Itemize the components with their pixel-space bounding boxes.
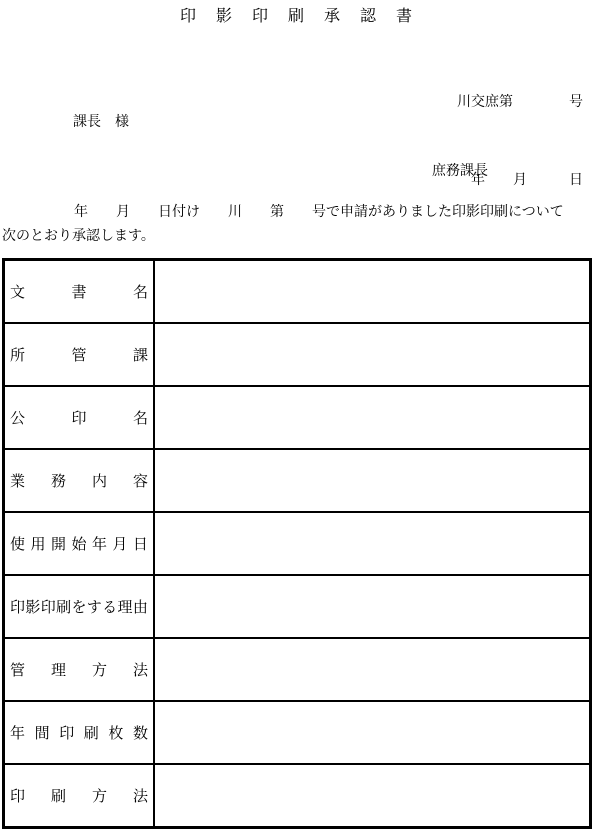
table-row: 業務内容 (5, 448, 589, 511)
row-value-official-seal-name (155, 387, 589, 448)
reference-number-line: 川交庶第 号 (457, 90, 583, 116)
row-label-official-seal-name: 公印名 (5, 387, 155, 448)
document-title: 印 影 印 刷 承 認 書 (0, 3, 594, 26)
sender-title: 庶務課長 (432, 160, 488, 180)
table-row: 公印名 (5, 385, 589, 448)
row-value-management-method (155, 639, 589, 700)
row-value-managing-section (155, 324, 589, 385)
row-label-business-content: 業務内容 (5, 450, 155, 511)
body-line-2: 次のとおり承認します。 (0, 225, 594, 249)
row-value-printing-method (155, 765, 589, 826)
row-label-managing-section: 所管課 (5, 324, 155, 385)
row-value-start-date (155, 513, 589, 574)
table-row: 管理方法 (5, 637, 589, 700)
row-label-start-date: 使用開始年月日 (5, 513, 155, 574)
document-page: 印 影 印 刷 承 認 書 川交庶第 号 年 月 日 課長 様 庶務課長 年 月… (0, 0, 594, 832)
table-row: 年間印刷枚数 (5, 700, 589, 763)
table-row: 印刷方法 (5, 763, 589, 826)
body-line-1: 年 月 日付け 川 第 号で申請がありました印影印刷について (0, 201, 594, 225)
table-row: 文書名 (5, 261, 589, 322)
body-paragraph: 年 月 日付け 川 第 号で申請がありました印影印刷について 次のとおり承認しま… (0, 201, 594, 249)
addressee: 課長 様 (73, 111, 129, 131)
row-label-annual-print-count: 年間印刷枚数 (5, 702, 155, 763)
approval-table: 文書名 所管課 公印名 業務内容 使用開始年月日 印影印刷をする理由 管理方法 (2, 258, 592, 829)
row-label-management-method: 管理方法 (5, 639, 155, 700)
row-value-reason (155, 576, 589, 637)
row-label-reason: 印影印刷をする理由 (5, 576, 155, 637)
row-value-business-content (155, 450, 589, 511)
row-value-document-name (155, 261, 589, 322)
row-label-printing-method: 印刷方法 (5, 765, 155, 826)
table-row: 印影印刷をする理由 (5, 574, 589, 637)
table-row: 所管課 (5, 322, 589, 385)
table-row: 使用開始年月日 (5, 511, 589, 574)
row-value-annual-print-count (155, 702, 589, 763)
row-label-document-name: 文書名 (5, 261, 155, 322)
